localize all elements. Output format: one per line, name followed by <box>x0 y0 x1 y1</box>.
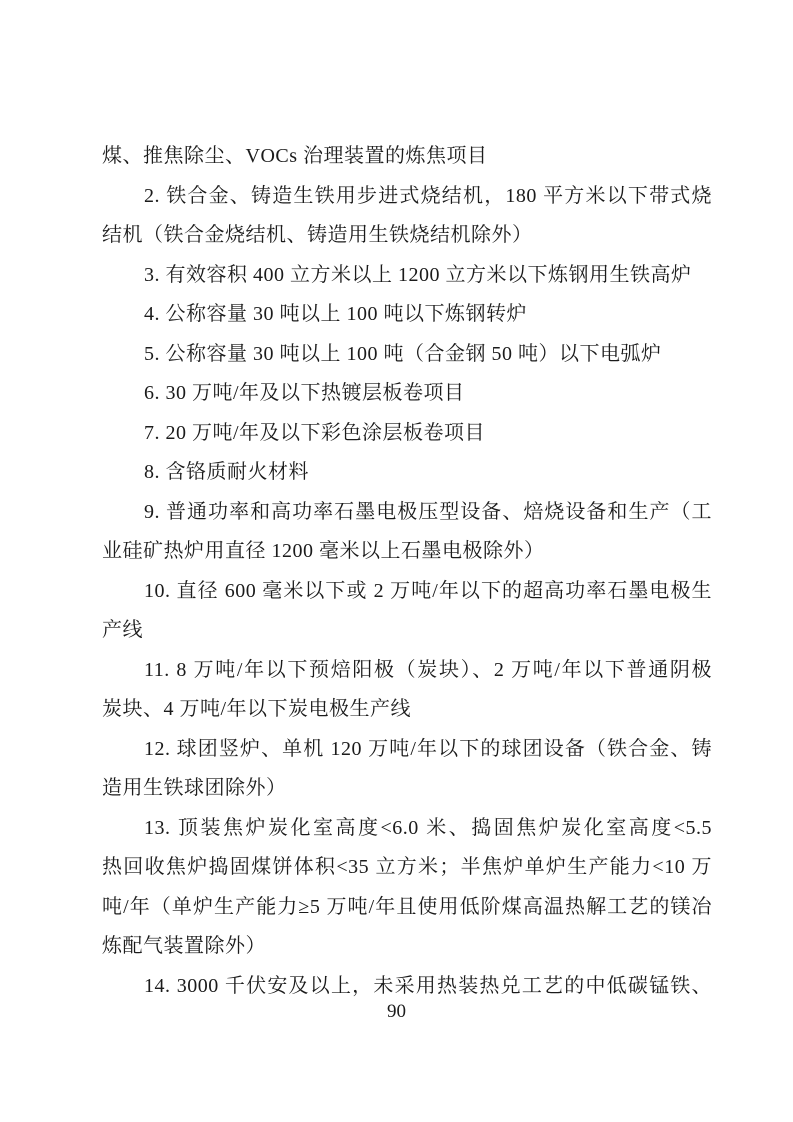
document-body: 煤、推焦除尘、VOCs 治理装置的炼焦项目2. 铁合金、铸造生铁用步进式烧结机，… <box>102 137 712 1006</box>
text-line: 10. 直径 600 毫米以下或 2 万吨/年以下的超高功率石墨电极生 <box>102 572 712 612</box>
text-line: 热回收焦炉捣固煤饼体积<35 立方米；半焦炉单炉生产能力<10 万 <box>102 848 712 888</box>
text-line: 结机（铁合金烧结机、铸造用生铁烧结机除外） <box>102 216 712 256</box>
text-line: 4. 公称容量 30 吨以上 100 吨以下炼钢转炉 <box>102 295 712 335</box>
text-line: 煤、推焦除尘、VOCs 治理装置的炼焦项目 <box>102 137 712 177</box>
page-number: 90 <box>0 1000 793 1024</box>
text-line: 3. 有效容积 400 立方米以上 1200 立方米以下炼钢用生铁高炉 <box>102 256 712 296</box>
text-line: 2. 铁合金、铸造生铁用步进式烧结机，180 平方米以下带式烧 <box>102 177 712 217</box>
text-line: 8. 含铬质耐火材料 <box>102 453 712 493</box>
text-line: 5. 公称容量 30 吨以上 100 吨（合金钢 50 吨）以下电弧炉 <box>102 335 712 375</box>
text-line: 13. 顶装焦炉炭化室高度<6.0 米、捣固焦炉炭化室高度<5.5 米； <box>102 809 712 849</box>
document-page: 煤、推焦除尘、VOCs 治理装置的炼焦项目2. 铁合金、铸造生铁用步进式烧结机，… <box>0 0 793 1122</box>
text-line: 炼配气装置除外） <box>102 927 712 967</box>
text-line: 产线 <box>102 611 712 651</box>
text-line: 9. 普通功率和高功率石墨电极压型设备、焙烧设备和生产（工 <box>102 493 712 533</box>
text-line: 12. 球团竖炉、单机 120 万吨/年以下的球团设备（铁合金、铸 <box>102 730 712 770</box>
text-line: 11. 8 万吨/年以下预焙阳极（炭块）、2 万吨/年以下普通阴极 <box>102 651 712 691</box>
text-line: 吨/年（单炉生产能力≥5 万吨/年且使用低阶煤高温热解工艺的镁冶 <box>102 888 712 928</box>
text-line: 造用生铁球团除外） <box>102 769 712 809</box>
text-line: 业硅矿热炉用直径 1200 毫米以上石墨电极除外） <box>102 532 712 572</box>
text-line: 6. 30 万吨/年及以下热镀层板卷项目 <box>102 374 712 414</box>
text-line: 7. 20 万吨/年及以下彩色涂层板卷项目 <box>102 414 712 454</box>
text-line: 炭块、4 万吨/年以下炭电极生产线 <box>102 690 712 730</box>
